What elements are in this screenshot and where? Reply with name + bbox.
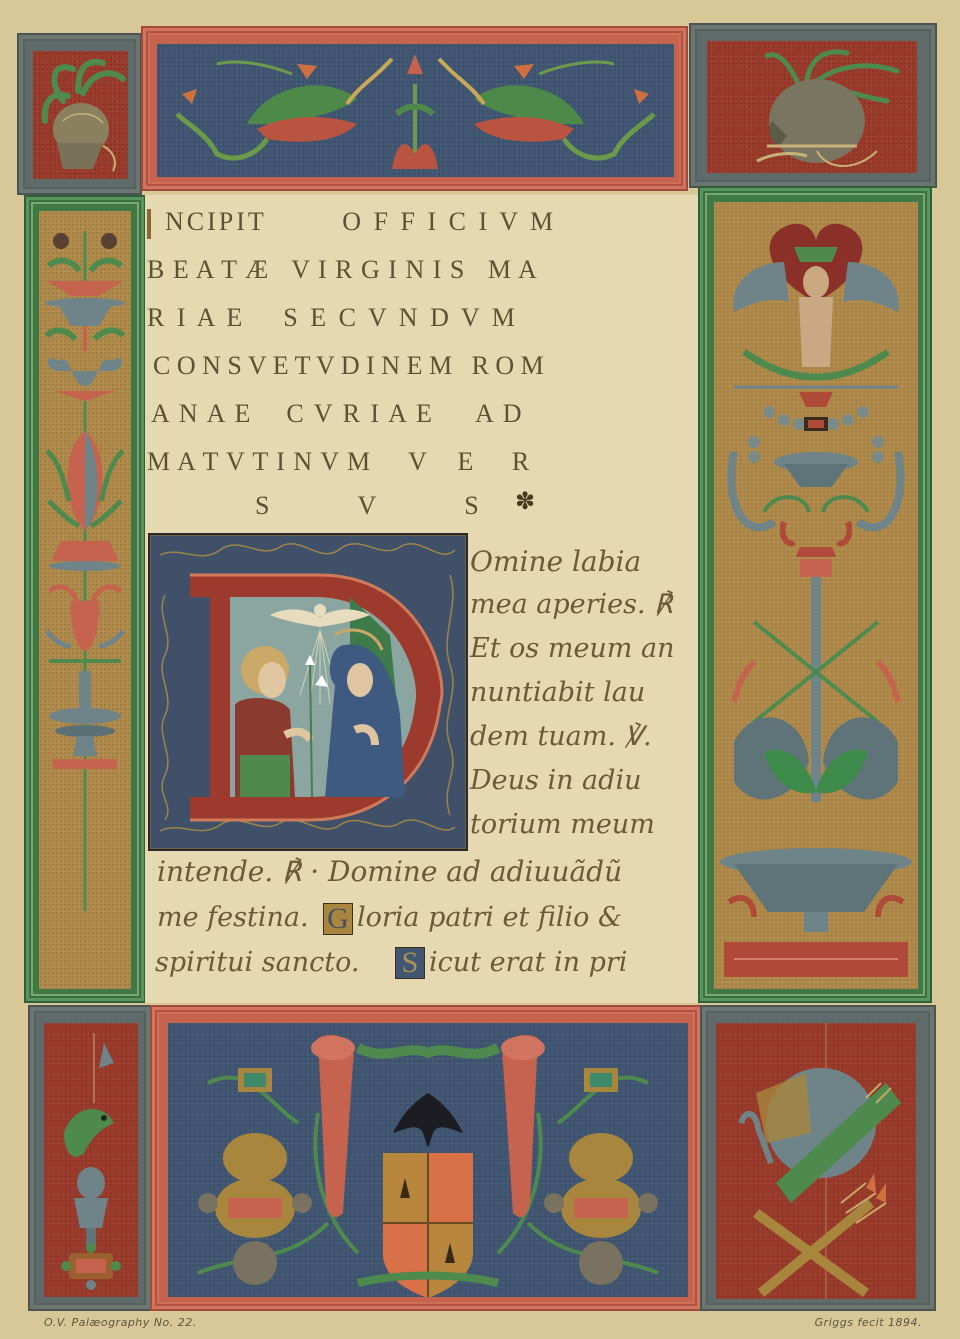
heading-line-3: R I A E S E C V N D V M [147, 303, 700, 333]
heading-line-1: NCIPIT O F F I C I V M [165, 207, 700, 237]
annunciation-scene-icon [150, 535, 466, 849]
body-line-4: nuntiabit lau [470, 677, 645, 708]
body-line-8: intende. ℟ · Domine ad adiuuãdũ [157, 855, 622, 888]
initial-I-bar [147, 209, 151, 239]
footer-caption-right: Griggs fecit 1894. [815, 1316, 922, 1329]
body-line-10-end: icut erat in pri [429, 947, 627, 978]
text-block: NCIPIT O F F I C I V M B E A T Æ V I R G… [145, 195, 700, 1003]
body-line-2: mea aperies. ℟ [470, 589, 673, 620]
small-initial-G: G [323, 903, 353, 935]
body-line-10-start: spiritui sancto. [155, 947, 359, 978]
small-initial-S: S [395, 947, 425, 979]
grotesque-candelabra-icon [714, 202, 918, 989]
body-line-7: torium meum [470, 809, 655, 840]
body-line-1: Omine labia [470, 545, 641, 578]
helmet-visor-icon [707, 41, 917, 173]
bottom-left-corner-panel [28, 1005, 152, 1311]
top-right-corner-panel [689, 23, 937, 188]
bottom-center-panel [150, 1005, 702, 1311]
heading-line-4: C O N S V E T V D I N E M R O M [153, 351, 700, 381]
coat-of-arms-icon [168, 1023, 688, 1297]
helmet-plume-icon [33, 51, 128, 179]
left-border-column [24, 195, 146, 1003]
historiated-initial-D [148, 533, 468, 851]
body-line-9-start: me festina. [157, 902, 309, 933]
top-left-corner-panel [17, 33, 142, 195]
body-line-9-end: loria patri et filio & [357, 902, 622, 933]
trophy-arms-icon [716, 1023, 916, 1299]
footer-caption-left: O.V. Palæography No. 22. [44, 1316, 197, 1329]
candelabra-ornament-icon [39, 211, 131, 989]
rosette-ornament-icon: ✽ [515, 487, 535, 515]
heading-line-2: B E A T Æ V I R G I N I S M A [147, 255, 700, 285]
bottom-right-corner-panel [700, 1005, 936, 1311]
body-line-3: Et os meum an [470, 633, 674, 664]
heading-line-5: A N A E C V R I A E A D [151, 399, 700, 429]
right-border-column [698, 186, 932, 1003]
dolphin-urn-icon [44, 1023, 138, 1297]
top-center-panel [141, 26, 688, 191]
heading-line-6: M A T V T I N V M V E R [147, 447, 700, 477]
dragons-icon [157, 44, 674, 177]
body-line-5: dem tuam. ℣. [470, 721, 652, 752]
body-line-6: Deus in adiu [470, 765, 641, 796]
heading-line-7: S V S [255, 491, 700, 521]
